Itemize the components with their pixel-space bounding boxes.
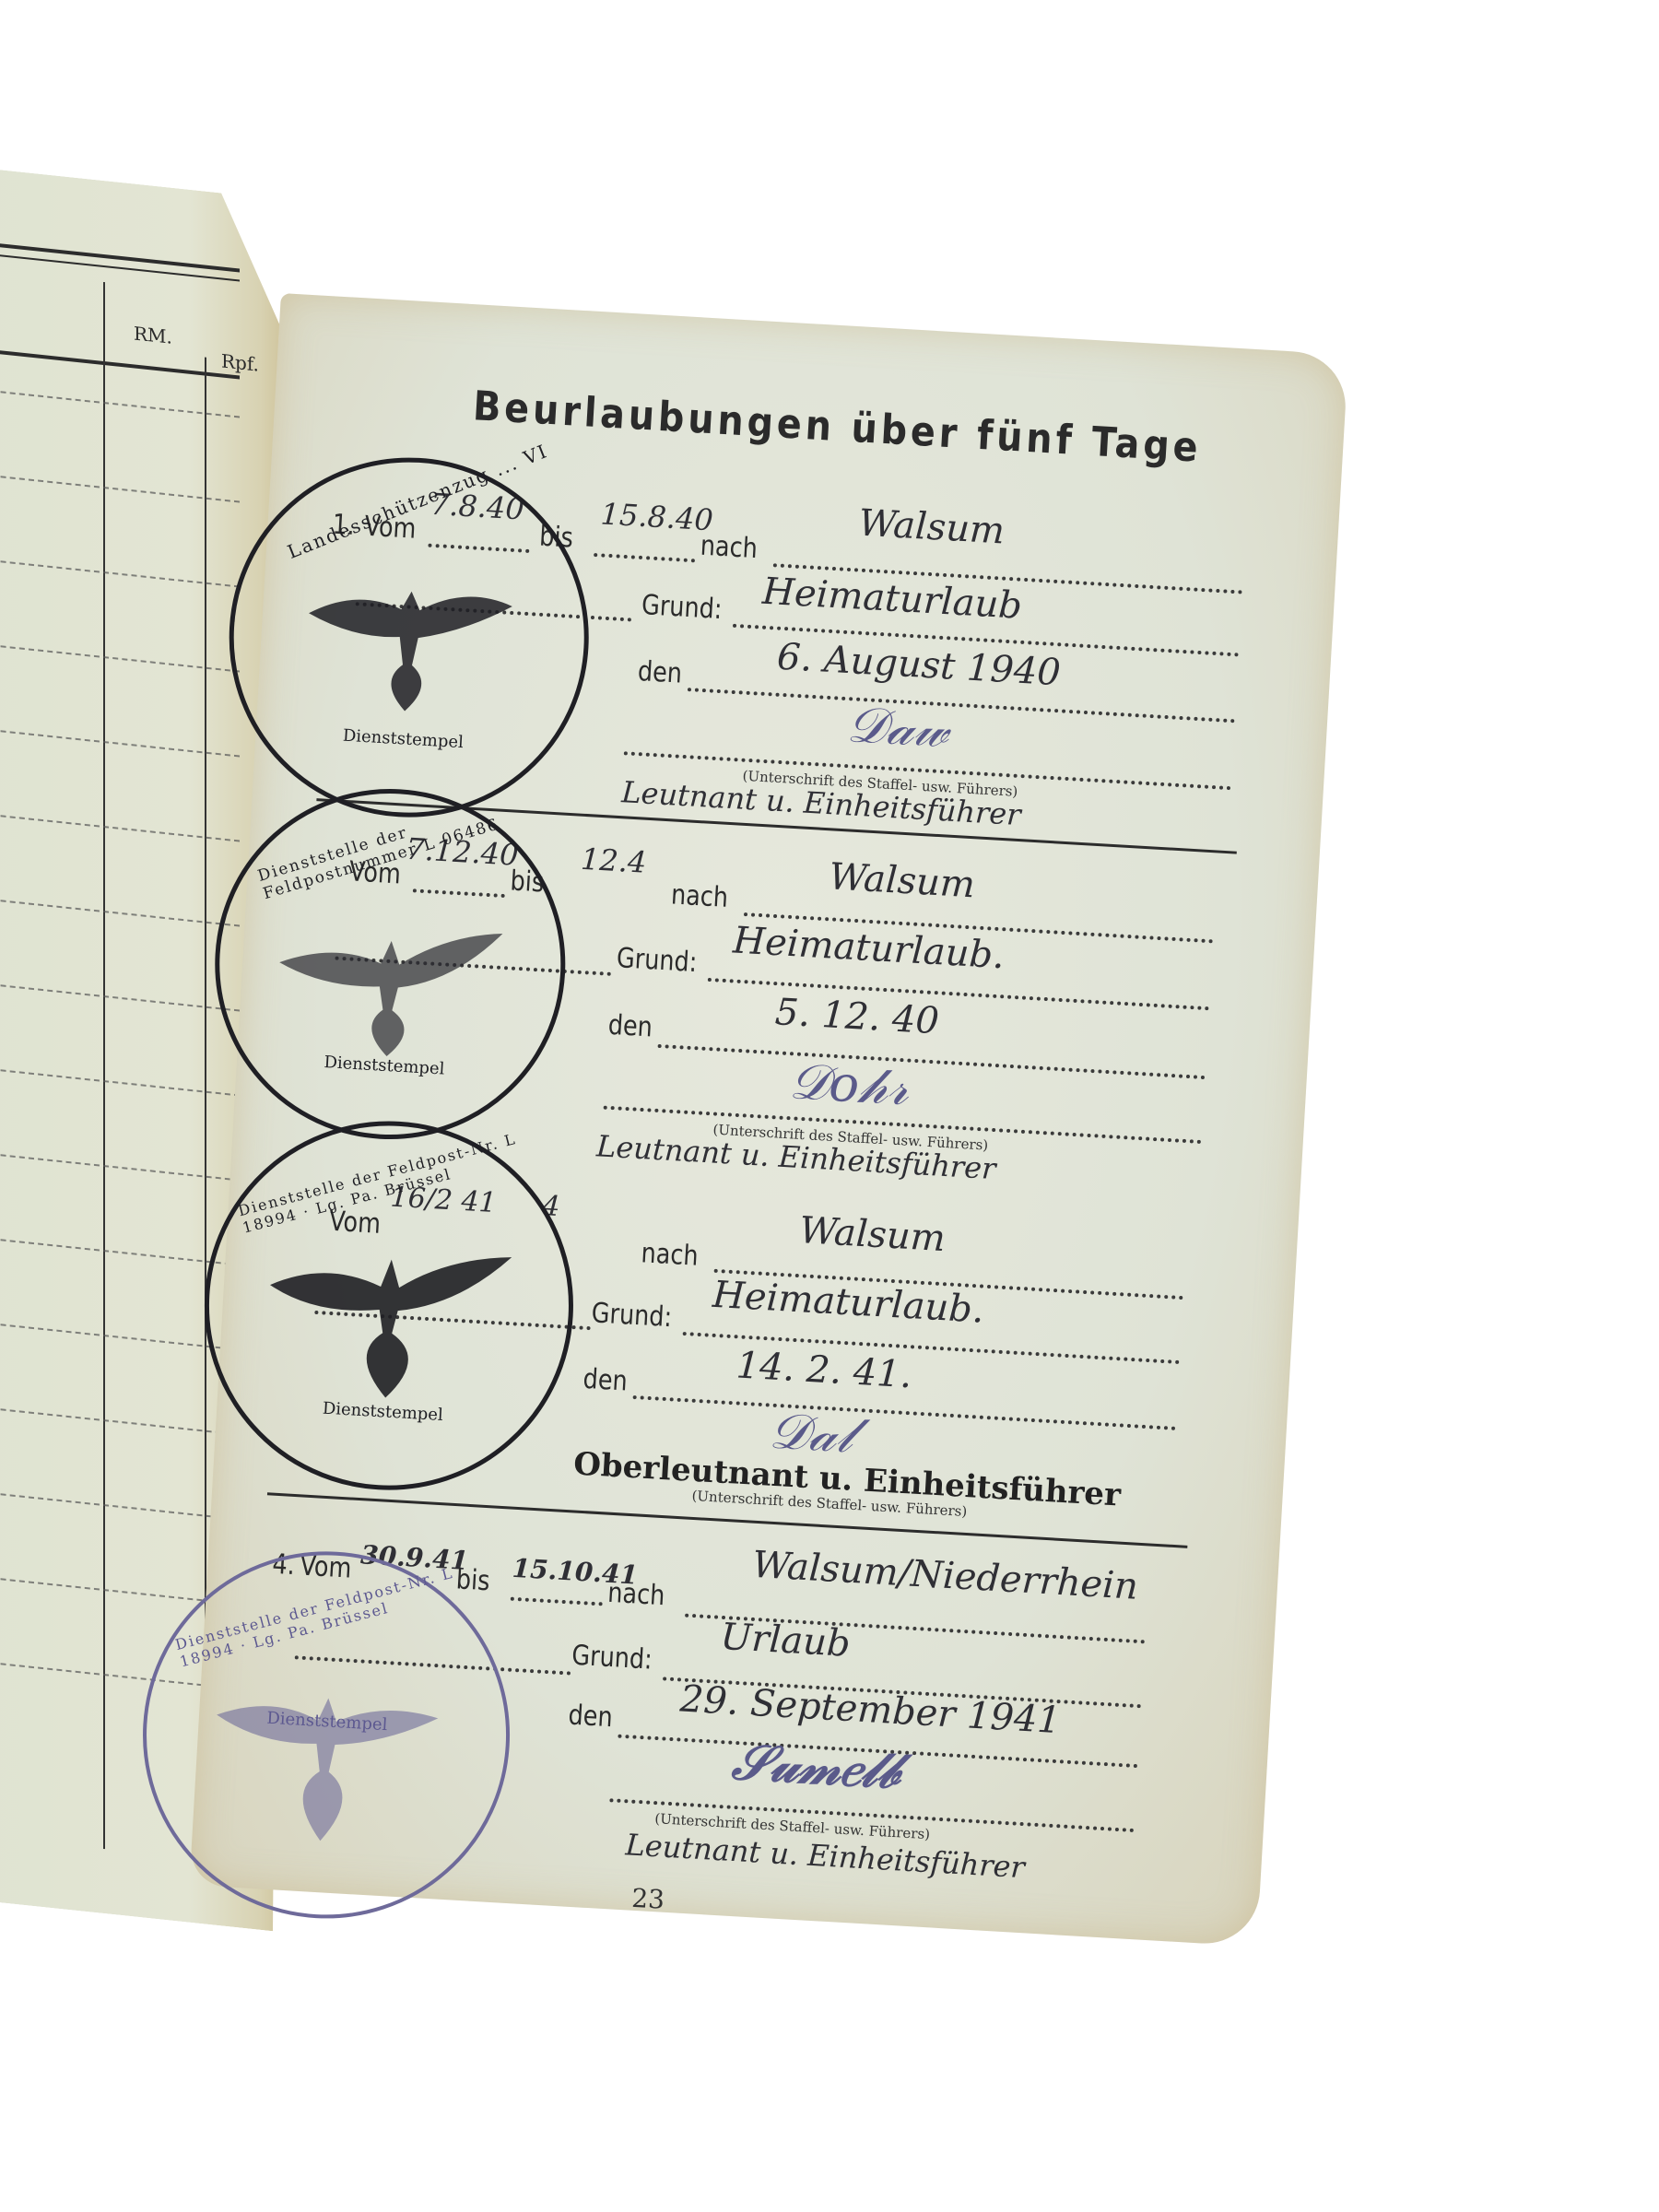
ledger-line — [0, 641, 240, 673]
leave-entry-2: Vom 7.12.40 bis 12.4 nach Walsum Grund: … — [281, 293, 1348, 355]
ledger-line — [0, 1320, 240, 1351]
ledger-line — [0, 1150, 240, 1182]
signature: 𝒮𝓊𝓂𝑒𝓁𝒷 — [730, 1732, 900, 1801]
official-stamp-2: Dienststelle der Feldpostnummer L 06486 … — [206, 779, 575, 1148]
nach-label: nach — [606, 1577, 665, 1613]
right-page: Beurlaubungen über fünf Tage 1. Vom 7.8.… — [189, 293, 1348, 1947]
destination: Walsum — [828, 855, 976, 906]
column-header-rpf: Rpf. — [221, 349, 259, 375]
issue-date: 6. August 1940 — [776, 636, 1062, 695]
leave-entry-3: Vom 16/2 41 4 nach Walsum Grund: Heimatu… — [281, 293, 1348, 355]
nach-label: nach — [700, 530, 759, 566]
eagle-emblem-icon — [199, 1641, 451, 1866]
grund-label: Grund: — [591, 1297, 673, 1334]
official-stamp-1: Landesschützenzug ... VI Dienststempel — [219, 448, 599, 828]
destination: Walsum — [798, 1209, 947, 1260]
destination: Walsum/Niederrhein — [751, 1544, 1139, 1608]
column-header-rm: RM. — [134, 322, 172, 347]
issue-date: 5. 12. 40 — [774, 991, 940, 1042]
den-label: den — [582, 1363, 629, 1398]
ledger-line — [0, 472, 240, 503]
eagle-emblem-icon — [253, 1202, 524, 1429]
grund-label: Grund: — [641, 589, 723, 626]
leave-entry-4: 4. Vom 30.9.41 bis 15.10.41 nach Walsum/… — [281, 293, 1348, 355]
den-label: den — [607, 1009, 653, 1044]
grund-label: Grund: — [616, 942, 698, 979]
den-label: den — [637, 655, 683, 690]
signature: 𝒟𝑜𝒽𝓇 — [788, 1052, 911, 1117]
ledger-line — [0, 896, 240, 927]
ledger-line — [0, 557, 240, 588]
left-page-column-line — [103, 282, 105, 1849]
signature: 𝒟𝒶𝓁 — [768, 1402, 854, 1465]
nach-label: nach — [670, 878, 729, 914]
bis-date: 15.8.40 — [600, 496, 714, 537]
issue-date: 14. 2. 41. — [735, 1344, 913, 1396]
eagle-emblem-icon — [293, 548, 524, 745]
reason: Urlaub — [720, 1616, 852, 1665]
ledger-line — [0, 1489, 240, 1521]
bis-date: 12.4 — [580, 841, 647, 880]
page-number: 23 — [630, 1883, 665, 1915]
grund-label: Grund: — [571, 1640, 653, 1677]
ledger-line — [0, 1065, 240, 1097]
signature: 𝒟𝒶𝓌 — [845, 695, 950, 759]
ledger-line — [0, 387, 240, 418]
den-label: den — [568, 1700, 614, 1735]
ledger-line — [0, 1235, 240, 1266]
ledger-line — [0, 981, 240, 1012]
page-title: Beurlaubungen über fünf Tage — [472, 382, 1203, 471]
nach-label: nach — [641, 1237, 700, 1273]
official-stamp-3: Dienststelle der Feldpost-Nr. L 18994 · … — [194, 1111, 583, 1500]
destination: Walsum — [857, 502, 1006, 553]
left-page-header-rule — [0, 347, 240, 380]
leave-entry-1: 1. Vom 7.8.40 bis 15.8.40 nach Walsum Gr… — [281, 293, 1348, 355]
ledger-line — [0, 811, 240, 842]
stamp-ring-text: Landesschützenzug ... VI — [285, 440, 551, 563]
stamp-ring-text: Dienststelle der Feldpostnummer L 06486 — [255, 778, 566, 903]
ledger-line — [0, 726, 240, 758]
